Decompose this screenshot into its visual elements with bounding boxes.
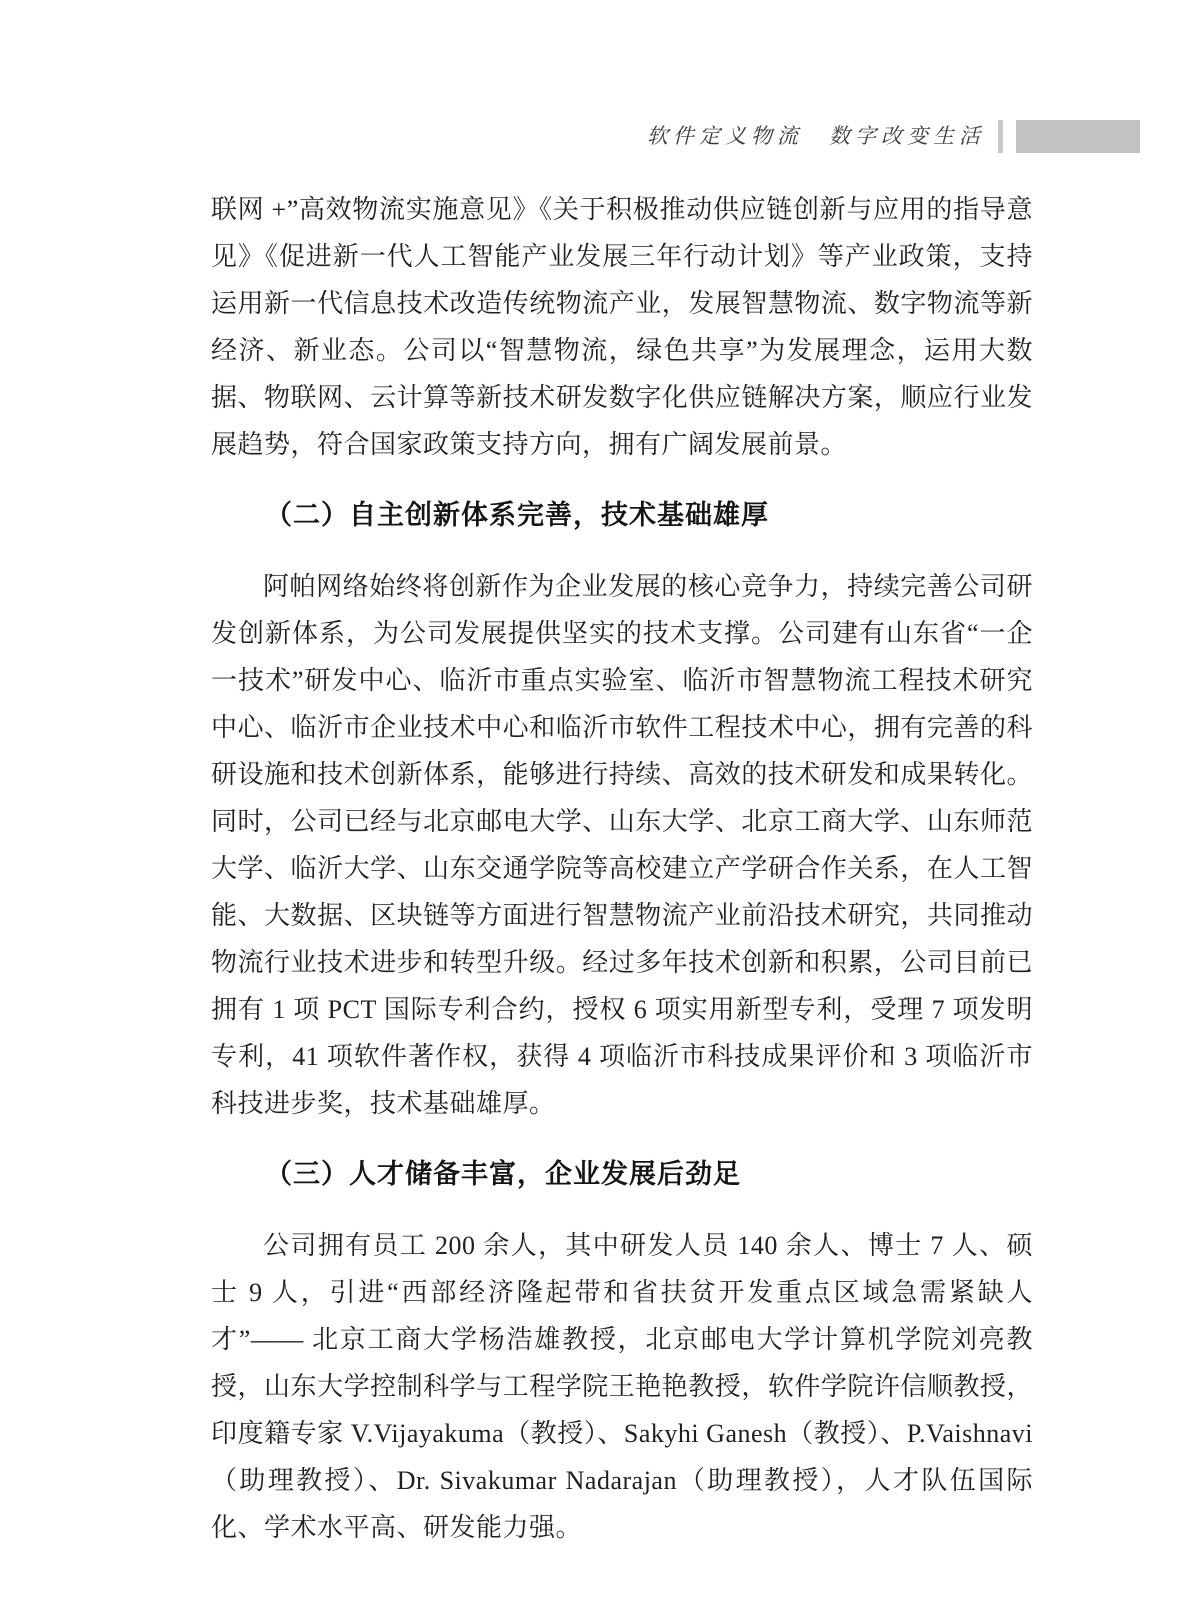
header-slogan: 软件定义物流 数字改变生活 [647, 120, 985, 153]
header-divider-bar [998, 120, 1003, 153]
section-heading-talent: （三）人才储备丰富，企业发展后劲足 [211, 1151, 1033, 1198]
paragraph-innovation-system: 阿帕网络始终将创新作为企业发展的核心竞争力，持续完善公司研发创新体系，为公司发展… [211, 563, 1033, 1127]
paragraph-talent-pool: 公司拥有员工 200 余人，其中研发人员 140 余人、博士 7 人、硕士 9 … [211, 1222, 1033, 1551]
section-heading-innovation: （二）自主创新体系完善，技术基础雄厚 [211, 492, 1033, 539]
paragraph-policy-support: 联网 +”高效物流实施意见》《关于积极推动供应链创新与应用的指导意见》《促进新一… [211, 186, 1033, 468]
page-content: 联网 +”高效物流实施意见》《关于积极推动供应链创新与应用的指导意见》《促进新一… [211, 186, 1033, 1551]
page-header: 软件定义物流 数字改变生活 [0, 120, 1140, 153]
document-page: 软件定义物流 数字改变生活 联网 +”高效物流实施意见》《关于积极推动供应链创新… [0, 0, 1187, 1600]
header-gray-block [1016, 120, 1140, 153]
